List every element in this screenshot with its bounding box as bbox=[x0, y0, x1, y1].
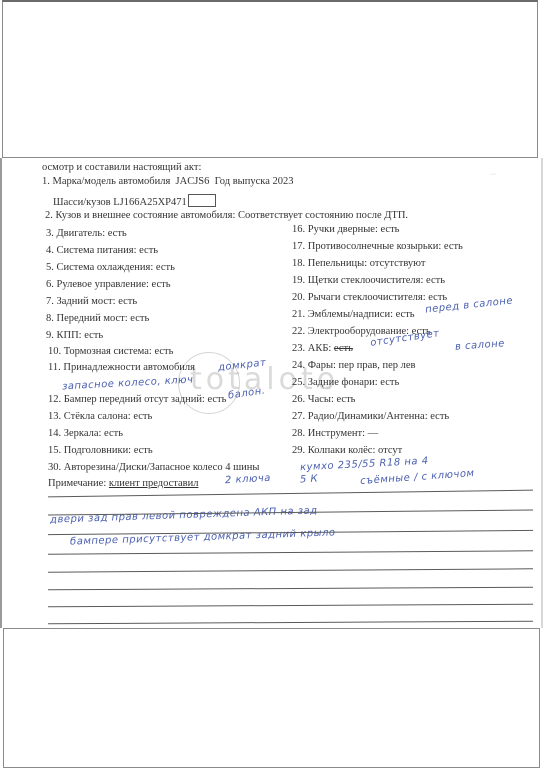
hw-item-11-line2: запасное колесо, ключ bbox=[62, 375, 194, 393]
act-intro: осмотр и составили настоящий акт: bbox=[42, 162, 201, 174]
hw-note-5k: 5 К bbox=[300, 474, 319, 486]
item-16: 16. Ручки дверные: есть bbox=[292, 224, 399, 236]
item-14: 14. Зеркала: есть bbox=[48, 428, 123, 440]
hw-item-23-line2: в салоне bbox=[455, 338, 506, 352]
item-23: 23. АКБ: есть bbox=[292, 343, 353, 355]
item-12: 12. Бампер передний отсут задний: есть bbox=[48, 394, 226, 406]
hw-tires: кумхо 235/55 R18 на 4 bbox=[300, 456, 429, 474]
rule-line bbox=[48, 621, 533, 625]
note-label: Примечание: bbox=[48, 478, 106, 489]
item-30: 30. Авторезина/Диски/Запасное колесо 4 ш… bbox=[48, 462, 259, 474]
item-8: 8. Передний мост: есть bbox=[46, 313, 149, 325]
rule-line bbox=[48, 550, 533, 554]
item-29: 29. Колпаки колёс: отсут bbox=[292, 445, 402, 457]
rule-line bbox=[48, 587, 533, 591]
item-1-make-model: 1. Марка/модель автомобиля JACJS6 Год вы… bbox=[42, 176, 294, 188]
page-edge-left bbox=[0, 158, 2, 628]
item-6: 6. Рулевое управление: есть bbox=[46, 279, 170, 291]
year-label: Год выпуска bbox=[215, 176, 270, 187]
item-3: 3. Двигатель: есть bbox=[46, 228, 127, 240]
year-value: 2023 bbox=[273, 176, 294, 187]
item-4: 4. Система питания: есть bbox=[46, 245, 158, 257]
chassis-value: LJ166A25XP471 bbox=[113, 197, 187, 208]
model-value: JACJS6 bbox=[176, 176, 210, 187]
item-1-label: 1. Марка/модель автомобиля bbox=[42, 176, 170, 187]
item-10: 10. Тормозная система: есть bbox=[48, 346, 173, 358]
hw-note-damage: двери зад прав левой повреждена АКП на з… bbox=[50, 505, 318, 525]
item-11: 11. Принадлежности автомобиля bbox=[48, 362, 195, 374]
item-20: 20. Рычаги стеклоочистителя: есть bbox=[292, 292, 447, 304]
item-2-body: 2. Кузов и внешнее состояние автомобиля:… bbox=[45, 210, 408, 222]
chassis-blank-box bbox=[188, 194, 216, 207]
item-9: 9. КПП: есть bbox=[46, 330, 103, 342]
note-line: Примечание: клиент предоставил bbox=[48, 478, 198, 490]
rule-line bbox=[48, 568, 533, 572]
item-19: 19. Щетки стеклоочистителя: есть bbox=[292, 275, 445, 287]
item-25: 25. Задние фонари: есть bbox=[292, 377, 399, 389]
item-28: 28. Инструмент: — bbox=[292, 428, 378, 440]
rule-line bbox=[48, 490, 533, 498]
item-21: 21. Эмблемы/надписи: есть bbox=[292, 309, 415, 321]
item-26: 26. Часы: есть bbox=[292, 394, 355, 406]
item-23-struck-value: есть bbox=[334, 343, 353, 354]
blank-page-top bbox=[2, 0, 538, 158]
item-7: 7. Задний мост: есть bbox=[46, 296, 137, 308]
blank-page-bottom bbox=[3, 628, 540, 768]
item-13: 13. Стёкла салона: есть bbox=[48, 411, 152, 423]
item-17: 17. Противосолнечные козырьки: есть bbox=[292, 241, 463, 253]
chassis-label: Шасси/кузов bbox=[53, 197, 111, 208]
rule-line bbox=[48, 604, 533, 608]
item-24: 24. Фары: пер прав, пер лев bbox=[292, 360, 415, 372]
hw-note-removable: съёмные / с ключом bbox=[360, 468, 475, 487]
note-value: клиент предоставил bbox=[109, 478, 199, 489]
item-5: 5. Система охлаждения: есть bbox=[46, 262, 175, 274]
hw-note-keys: 2 ключа bbox=[225, 473, 271, 486]
hw-note-damage-2: бампере присутствует домкрат задний крыл… bbox=[70, 527, 336, 547]
scan-dots: ··· bbox=[490, 172, 496, 178]
item-23-label: 23. АКБ: bbox=[292, 343, 331, 354]
item-18: 18. Пепельницы: отсутствуют bbox=[292, 258, 425, 270]
item-27: 27. Радио/Динамики/Антенна: есть bbox=[292, 411, 449, 423]
chassis-line: Шасси/кузов LJ166A25XP471 bbox=[53, 194, 216, 209]
item-15: 15. Подголовники: есть bbox=[48, 445, 153, 457]
